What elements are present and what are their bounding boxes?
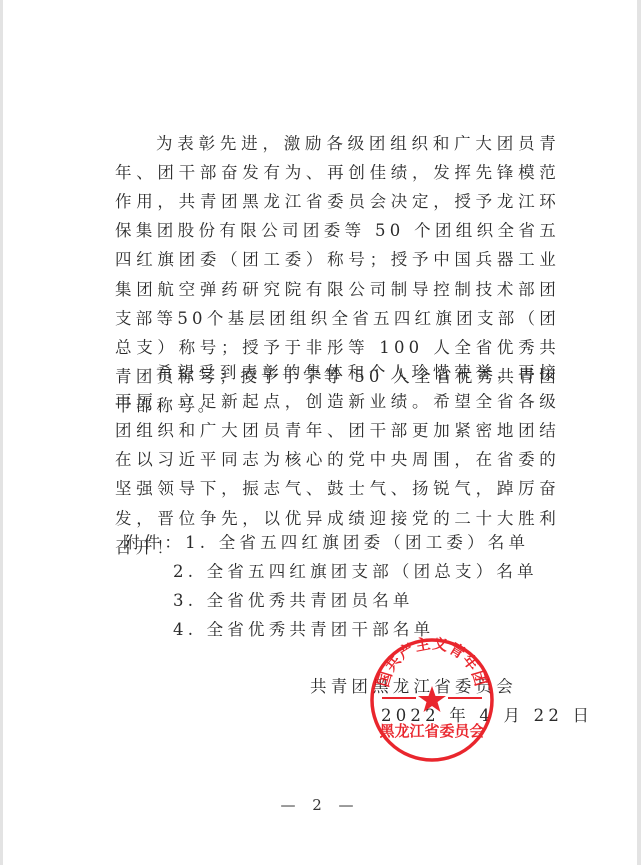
attachments-label: 附件： [123,533,185,552]
attachment-item-1: 1. 全省五四红旗团委（团工委）名单 [185,533,529,552]
signature-date: 2022 年 4 月 22 日 [381,702,593,730]
attachment-item-3: 3. 全省优秀共青团员名单 [173,586,414,615]
document-page: 为表彰先进，激励各级团组织和广大团员青年、团干部奋发有为、再创佳绩，发挥先锋模范… [3,0,637,865]
attachment-item-2: 2. 全省五四红旗团支部（团总支）名单 [173,557,538,586]
attachment-item-4: 4. 全省优秀共青团干部名单 [173,615,434,644]
page-number: — 2 — [3,796,637,814]
attachments-list: 附件：1. 全省五四红旗团委（团工委）名单 [123,528,529,557]
signature-organization: 共青团黑龙江省委员会 [310,673,517,701]
